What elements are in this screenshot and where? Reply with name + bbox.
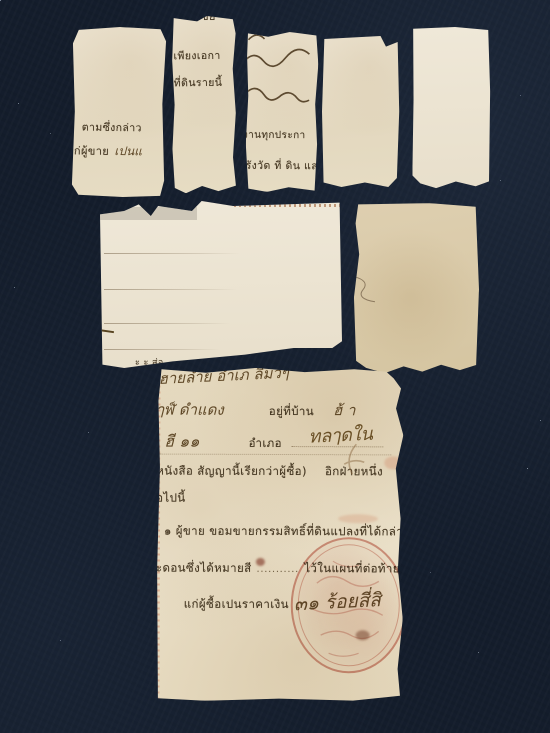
seal-texture (293, 539, 404, 671)
deed-printed-line4a: หนังสือ สัญญานี้เรียกว่าผู้ซื้อ) (156, 464, 307, 479)
strip2-edge-fragment: ขย (201, 16, 216, 24)
deed-handwritten-line2-left: ๅฬ์ ดำแดง (156, 401, 223, 419)
piece6-edge-fragment: ะ ะ ส่อ (135, 358, 164, 368)
torn-tab (100, 207, 197, 220)
strip1-printed-line1: ตามซึ่งกล่าว (82, 121, 142, 134)
deed-district-label: อำเภอ (249, 436, 282, 450)
deed-handwritten-line2-right: ฮ้ า (333, 401, 355, 419)
ruled-line (104, 253, 240, 254)
strip2-printed-line1: เพียงเอกา (173, 50, 220, 63)
deed-printed-line5: อไปนี้ (156, 492, 185, 505)
paper-crack (354, 269, 384, 309)
deed-printed-line6: ๑ ผู้ขาย ขอมขายกรรมสิทธิ์ที่ดินแปลงที่ได… (164, 525, 403, 539)
ink-blot (356, 630, 370, 640)
strip2-printed-line2: ที่ดินรายนี้ (174, 77, 223, 90)
fragment-strip-5 (412, 27, 492, 188)
ruled-line (104, 323, 230, 324)
ruled-line (104, 289, 237, 290)
fragment-middle-right (354, 203, 480, 376)
ink-blot (256, 558, 265, 566)
red-smudge (384, 456, 402, 469)
red-smudge (338, 514, 378, 523)
pen-dash (100, 329, 114, 333)
strip1-printed-line2: แก่ผู้ขาย (71, 144, 109, 158)
ruled-line (104, 349, 220, 350)
handwriting-wavy-stroke-icon (246, 34, 319, 113)
fragment-strip-2: ขย เพียงเอกา ที่ดินรายนี้ (171, 16, 238, 194)
ink-flourish (334, 442, 366, 476)
fragment-strip-3: งานทุกประกา รังวัด ที่ ดิน แล (245, 32, 318, 192)
deed-printed-line7a: ะดอนซึ่งได้หมายสี (156, 561, 252, 575)
surface-speckles (0, 0, 1, 1)
strip3-printed-line1: งานทุกประกา (245, 130, 305, 142)
deed-printed-line8: แก่ผู้ซื้อเปนราคาเงิน (184, 597, 289, 611)
deed-handwritten-line3-left: ฮี ๑๑ (164, 432, 199, 451)
deed-handwritten-line1: ฮายลำย อำเภ ลิ่ม่วๆ (158, 368, 289, 391)
deed-residence-label: อยู่ที่บ้าน (269, 404, 314, 418)
fragment-middle-left: ะ ะ ส่อ (100, 201, 342, 368)
deed-fragment: ฮายลำย อำเภ ลิ่ม่วๆ ๅฬ์ ดำแดง อยู่ที่บ้า… (155, 368, 403, 703)
scene-background: { "scene": { "description": "Eight torn … (0, 0, 550, 733)
red-seal-stamp (291, 537, 404, 673)
fragment-strip-4 (322, 36, 400, 187)
strip1-handwritten-note: เปนแ (114, 144, 142, 158)
fragment-strip-1: ตามซึ่งกล่าว แก่ผู้ขาย เปนแ (71, 26, 167, 197)
perforated-edge (234, 204, 340, 207)
strip3-printed-line2: รังวัด ที่ ดิน แล (246, 160, 319, 173)
